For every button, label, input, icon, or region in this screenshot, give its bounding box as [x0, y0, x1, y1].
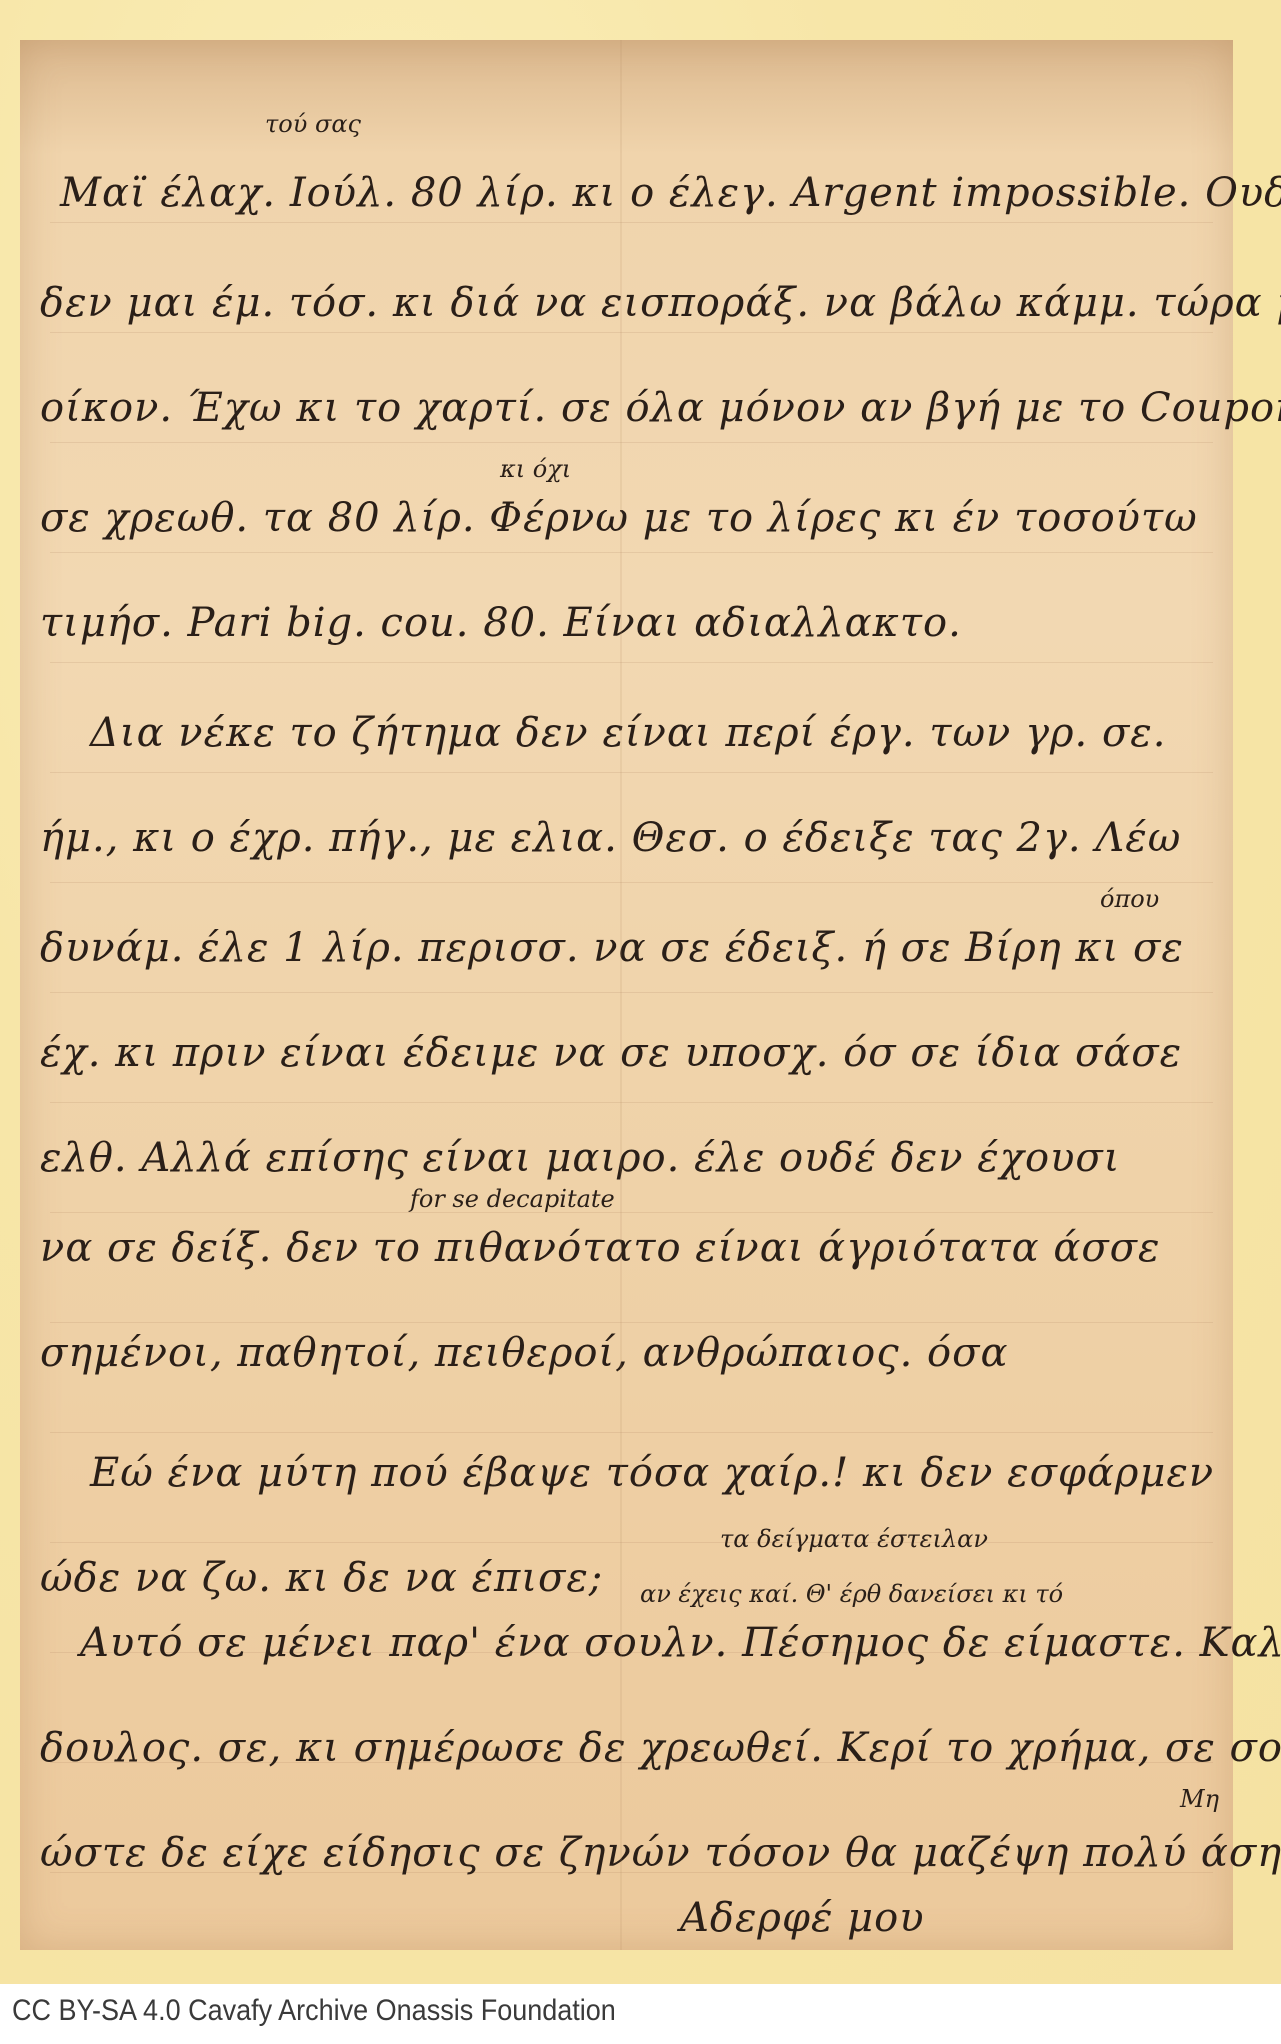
- letter-line: δεν μαι έμ. τόσ. κι διά να εισποράξ. να …: [40, 280, 1233, 326]
- letter-line: σε χρεωθ. τα 80 λίρ. Φέρνω με το λίρες κ…: [40, 495, 1233, 541]
- letter-line: να σε δείξ. δεν το πιθανότατο είναι άγρι…: [40, 1225, 1233, 1271]
- letter-line: Μαϊ έλαχ. Ιούλ. 80 λίρ. κι ο έλεγ. Αrgen…: [60, 170, 1233, 216]
- letter-line: σημένοι, παθητοί, πειθεροί, ανθρώπαιος. …: [40, 1330, 1233, 1376]
- letter-line: δουλος. σε, κι σημέρωσε δε χρεωθεί. Κερί…: [40, 1725, 1233, 1771]
- letter-line: έχ. κι πριν είναι έδειμε να σε υποσχ. όσ…: [40, 1030, 1233, 1076]
- letter-line: οίκον. Έχω κι το χαρτί. σε όλα μόνον αν …: [40, 385, 1233, 431]
- letter-closing: Αδερφέ μου: [680, 1895, 1233, 1941]
- superscript-note: αν έχεις καί. Θ' έρθ δανείσει κι τό: [640, 1580, 1063, 1608]
- letter-line: ελθ. Αλλά επίσης είναι μαιρο. έλε ουδέ δ…: [40, 1135, 1233, 1181]
- superscript-note: τού σας: [265, 110, 361, 138]
- letter-line: Δια νέκε το ζήτημα δεν είναι περί έργ. τ…: [90, 710, 1233, 756]
- letter-page: τού σας Μαϊ έλαχ. Ιούλ. 80 λίρ. κι ο έλε…: [20, 40, 1233, 1950]
- letter-line: Εώ ένα μύτη πού έβαψε τόσα χαίρ.! κι δεν…: [90, 1450, 1233, 1496]
- superscript-note: τα δείγματα έστειλαν: [720, 1525, 988, 1553]
- license-caption: CC BY-SA 4.0 Cavafy Archive Onassis Foun…: [12, 1994, 616, 2028]
- superscript-note: for se decapitate: [410, 1185, 615, 1213]
- letter-line: τιμήσ. Pari big. cou. 80. Είναι αδιαλλακ…: [40, 600, 1233, 646]
- letter-line: Αυτό σε μένει παρ' ένα σουλν. Πέσημος δε…: [80, 1620, 1233, 1666]
- letter-line: δυνάμ. έλε 1 λίρ. περισσ. να σε έδειξ. ή…: [40, 925, 1233, 971]
- letter-line: ήμ., κι ο έχρ. πήγ., με ελια. Θεσ. ο έδε…: [40, 815, 1233, 861]
- superscript-note: όπου: [1100, 885, 1159, 913]
- letter-line: ώστε δε είχε είδησις σε ζηνών τόσον θα μ…: [40, 1830, 1233, 1876]
- superscript-note: Μη: [1180, 1785, 1219, 1813]
- superscript-note: κι όχι: [500, 455, 571, 483]
